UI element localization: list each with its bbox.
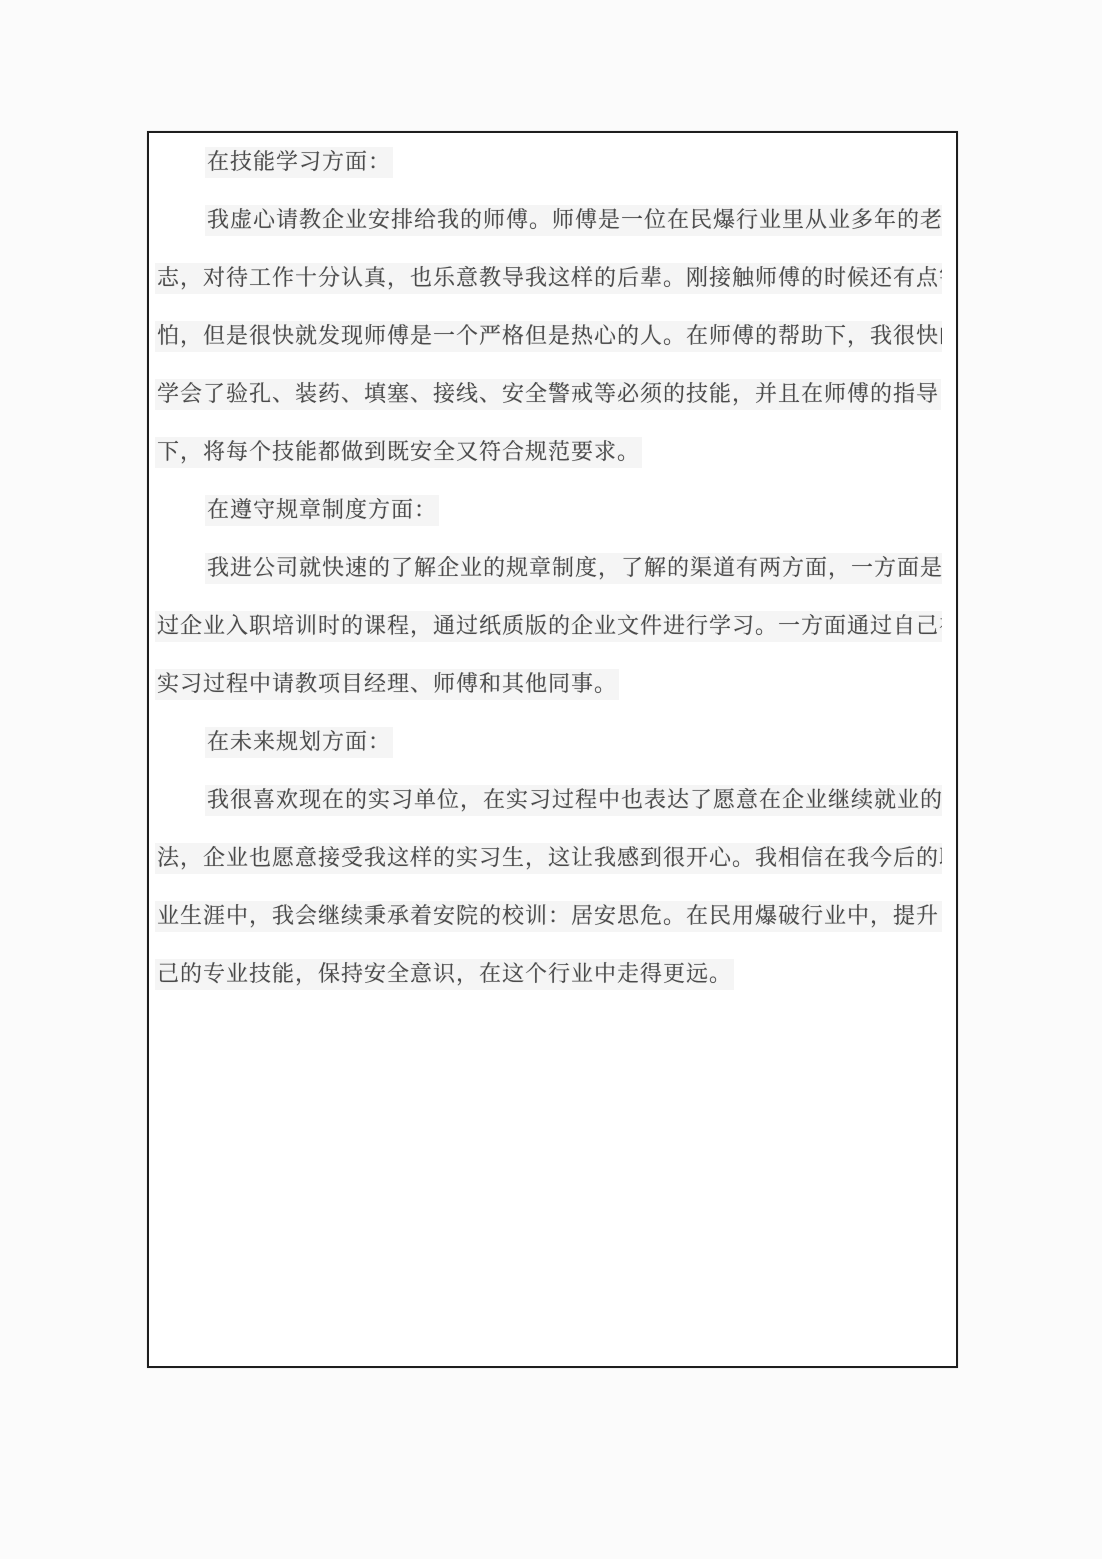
scan-background: 在技能学习方面： 我虚心请教企业安排给我的师傅。师傅是一位在民爆行业里从业多年的…	[0, 0, 1102, 1559]
text-line: 实习过程中请教项目经理、师傅和其他同事。	[155, 656, 942, 714]
section-heading: 在遵守规章制度方面：	[155, 482, 942, 540]
section-future-planning: 在未来规划方面： 我很喜欢现在的实习单位，在实习过程中也表达了愿意在企业继续就业…	[155, 714, 942, 1004]
text-line: 我虚心请教企业安排给我的师傅。师傅是一位在民爆行业里从业多年的老同	[155, 192, 942, 250]
text-line: 我很喜欢现在的实习单位，在实习过程中也表达了愿意在企业继续就业的想	[155, 772, 942, 830]
text-line: 法，企业也愿意接受我这样的实习生，这让我感到很开心。我相信在我今后的职	[155, 830, 942, 888]
text-line: 过企业入职培训时的课程，通过纸质版的企业文件进行学习。一方面通过自己在	[155, 598, 942, 656]
text-line: 己的专业技能，保持安全意识，在这个行业中走得更远。	[155, 946, 942, 1004]
text-line: 学会了验孔、装药、填塞、接线、安全警戒等必须的技能，并且在师傅的指导	[155, 366, 942, 424]
section-heading: 在技能学习方面：	[155, 134, 942, 192]
section-heading: 在未来规划方面：	[155, 714, 942, 772]
text-line: 业生涯中，我会继续秉承着安院的校训：居安思危。在民用爆破行业中，提升自	[155, 888, 942, 946]
section-skill-learning: 在技能学习方面： 我虚心请教企业安排给我的师傅。师傅是一位在民爆行业里从业多年的…	[155, 134, 942, 482]
document-page-border: 在技能学习方面： 我虚心请教企业安排给我的师傅。师傅是一位在民爆行业里从业多年的…	[147, 131, 958, 1368]
text-line: 怕，但是很快就发现师傅是一个严格但是热心的人。在师傅的帮助下，我很快的	[155, 308, 942, 366]
text-line: 志，对待工作十分认真，也乐意教导我这样的后辈。刚接触师傅的时候还有点害	[155, 250, 942, 308]
document-body: 在技能学习方面： 我虚心请教企业安排给我的师傅。师傅是一位在民爆行业里从业多年的…	[149, 133, 956, 1004]
section-rules-compliance: 在遵守规章制度方面： 我进公司就快速的了解企业的规章制度，了解的渠道有两方面，一…	[155, 482, 942, 714]
text-line: 下，将每个技能都做到既安全又符合规范要求。	[155, 424, 942, 482]
text-line: 我进公司就快速的了解企业的规章制度，了解的渠道有两方面，一方面是通	[155, 540, 942, 598]
